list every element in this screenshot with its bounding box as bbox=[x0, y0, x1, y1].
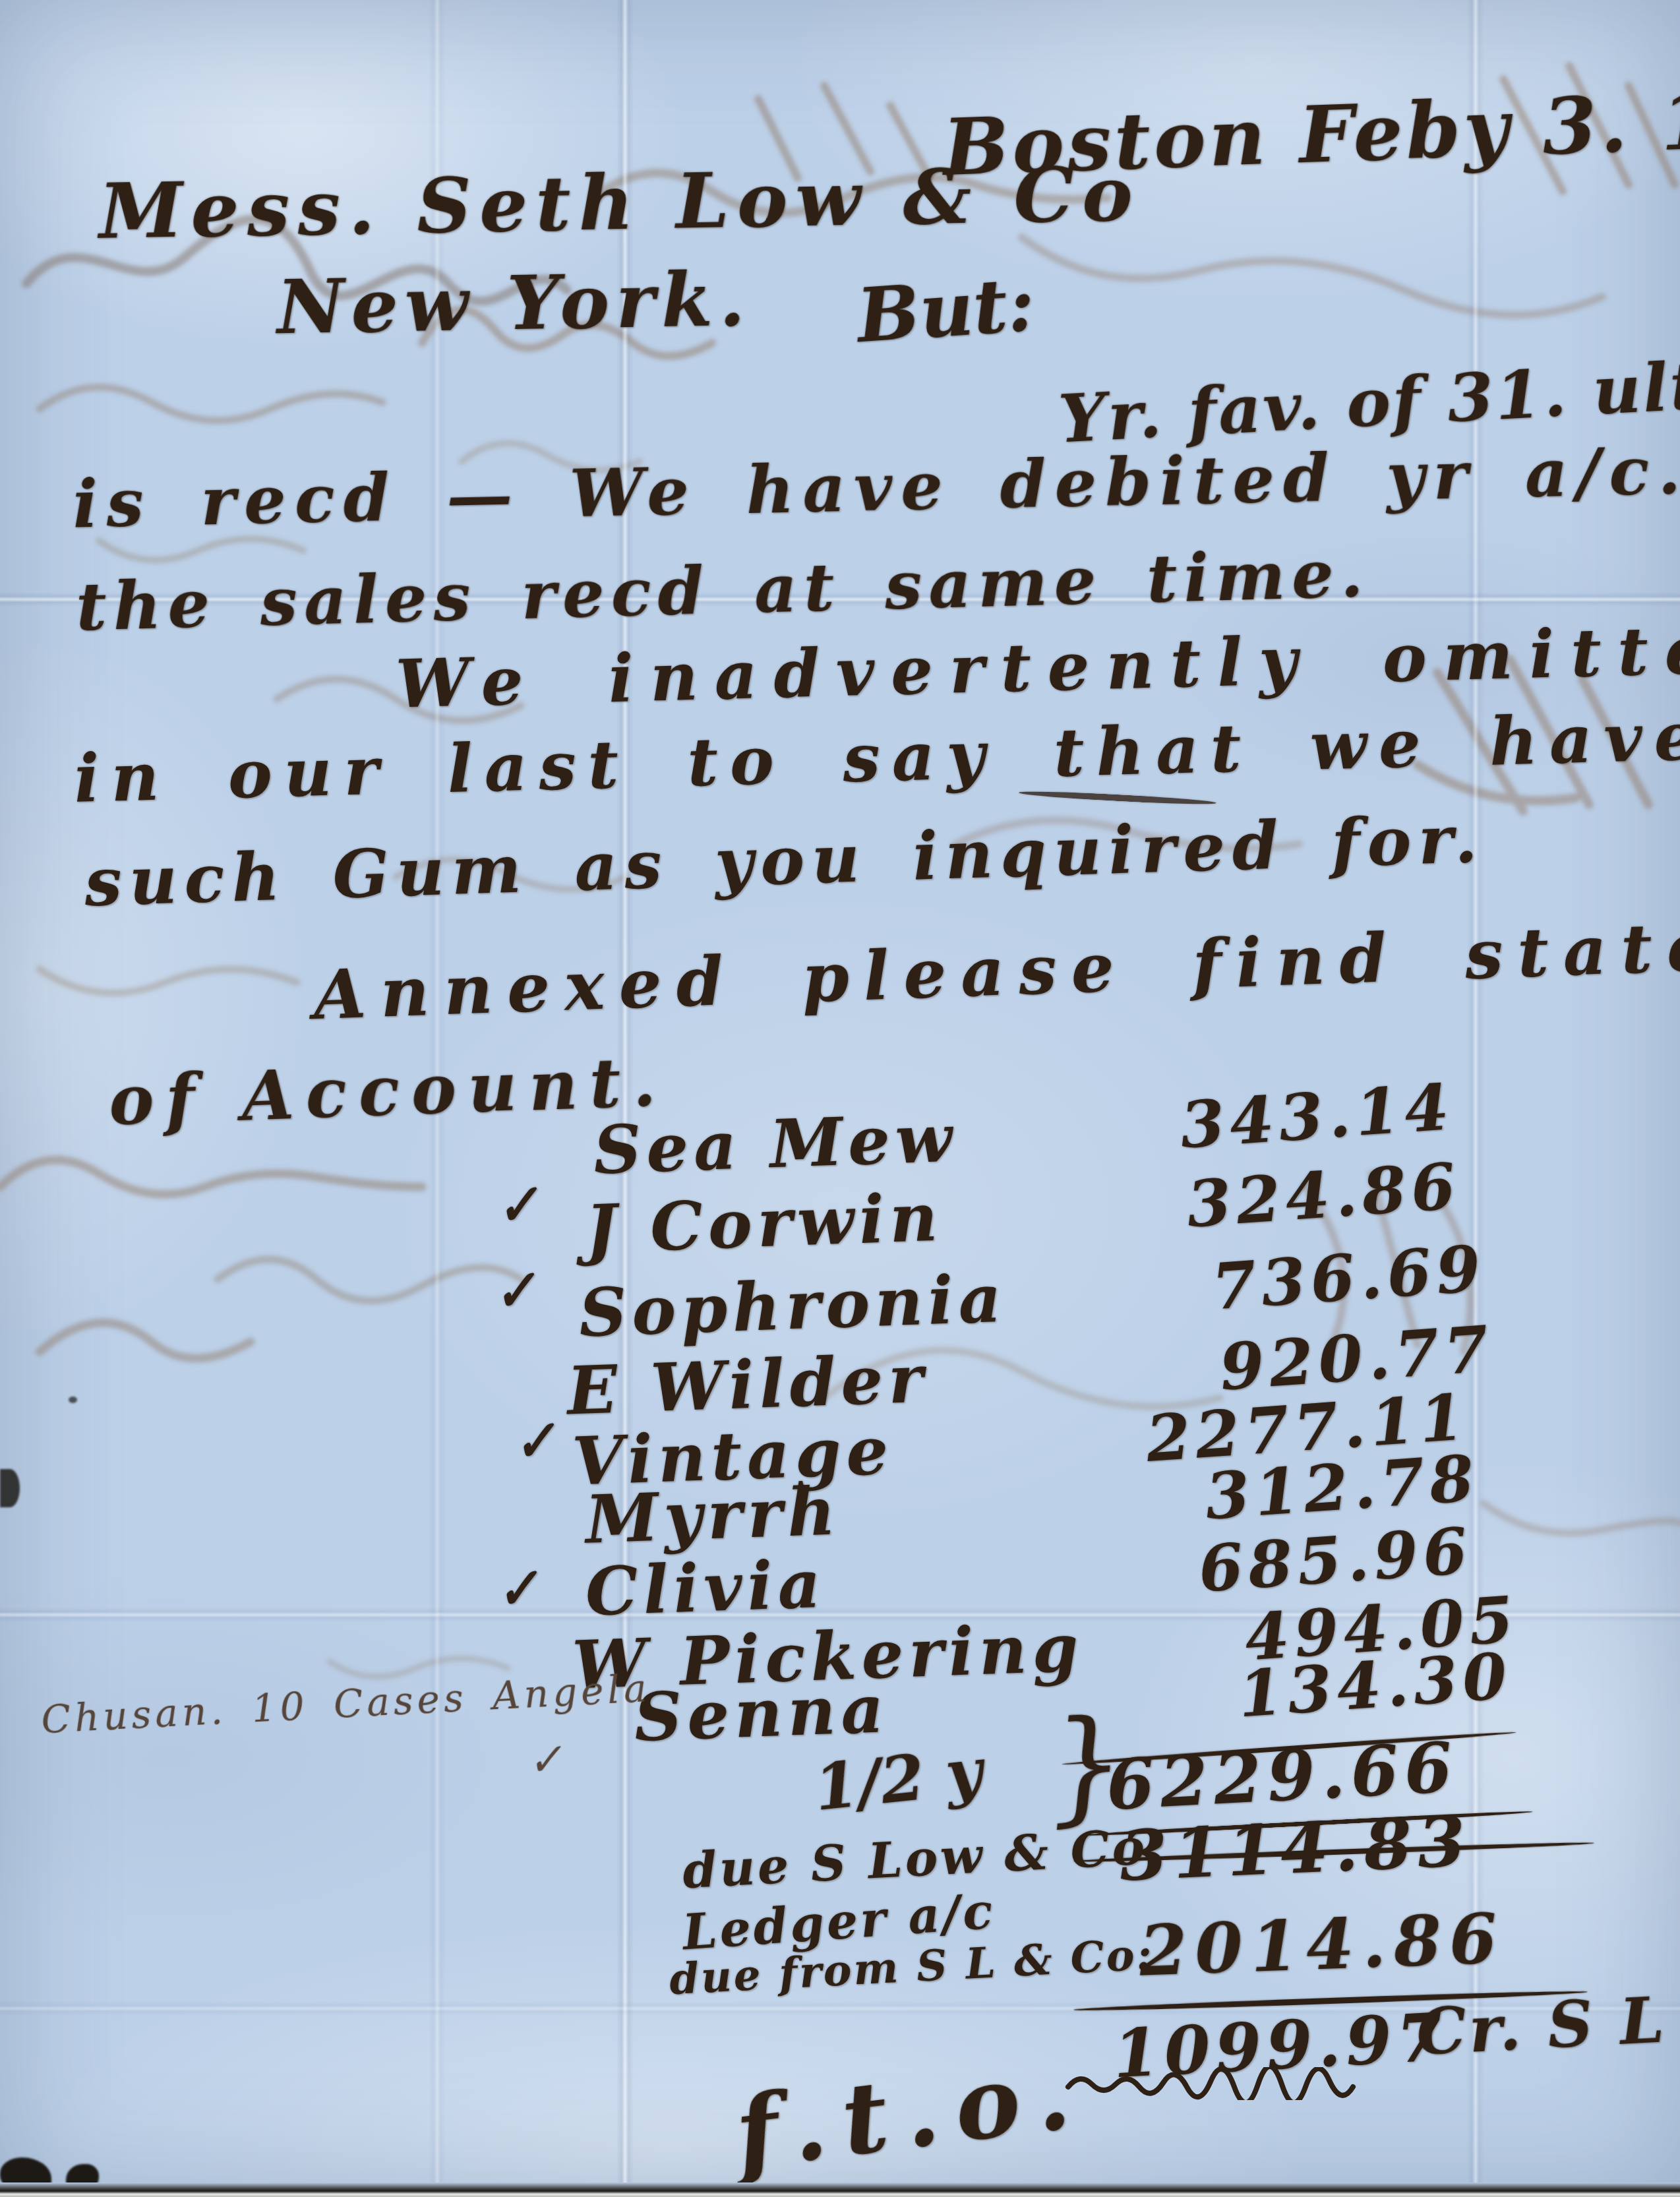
account-row-amount: 343.14 bbox=[1178, 1075, 1456, 1158]
ledger-amount: 2014.86 bbox=[1138, 1904, 1506, 1985]
ink-blot bbox=[0, 1469, 20, 1507]
marginal-note: Chusan. 10 Cases Angela bbox=[40, 1669, 651, 1739]
balance-note: Cr. S L & Co bbox=[1415, 1978, 1680, 2064]
strikethrough-mark bbox=[1019, 789, 1216, 806]
row-checkmark: ✓ bbox=[493, 1561, 543, 1618]
closing-note: f.t.o. bbox=[731, 2043, 1092, 2182]
row-checkmark: ✓ bbox=[510, 1414, 560, 1470]
row-checkmark: ✓ bbox=[490, 1263, 540, 1320]
account-row-name: Sea Mew bbox=[592, 1104, 958, 1183]
due-label: due S Low & Co: bbox=[682, 1822, 1169, 1896]
due-amount: 3114.83 bbox=[1118, 1807, 1472, 1890]
scan-bottom-edge bbox=[0, 2182, 1680, 2197]
marginal-checkmark: ✓ bbox=[525, 1737, 565, 1783]
recipient-line-1: Mess. Seth Low & Co bbox=[98, 156, 1141, 250]
account-row-name: Myrrh bbox=[584, 1478, 841, 1552]
recipient-line-2: New York. bbox=[276, 263, 752, 346]
account-row-name: Clivia bbox=[584, 1551, 827, 1625]
account-row-amount: 134.30 bbox=[1236, 1644, 1514, 1727]
body-line-2: is recd — We have debited yr a/c. with bbox=[72, 432, 1680, 537]
account-row-name: Sophronia bbox=[578, 1265, 1007, 1346]
letter-page: Boston Feby 3. 1852 Mess. Seth Low & Co … bbox=[0, 0, 1680, 2197]
body-line-8: of Account. bbox=[107, 1048, 669, 1135]
account-row-name: J Corwin bbox=[584, 1184, 944, 1263]
balance-squiggle-underline bbox=[1065, 2067, 1395, 2100]
account-row-name: Senna bbox=[633, 1675, 889, 1750]
body-line-6: such Gum as you inquired for. bbox=[84, 806, 1485, 916]
ink-speck bbox=[69, 1397, 77, 1403]
account-row-amount: 324.86 bbox=[1185, 1155, 1462, 1237]
row-checkmark: ✓ bbox=[493, 1178, 543, 1234]
account-row-amount: 736.69 bbox=[1210, 1237, 1487, 1319]
half-share-label: 1/2 y bbox=[812, 1740, 986, 1820]
salutation: But: bbox=[855, 268, 1036, 354]
body-line-5: in our last to say that we have no bbox=[73, 698, 1680, 812]
